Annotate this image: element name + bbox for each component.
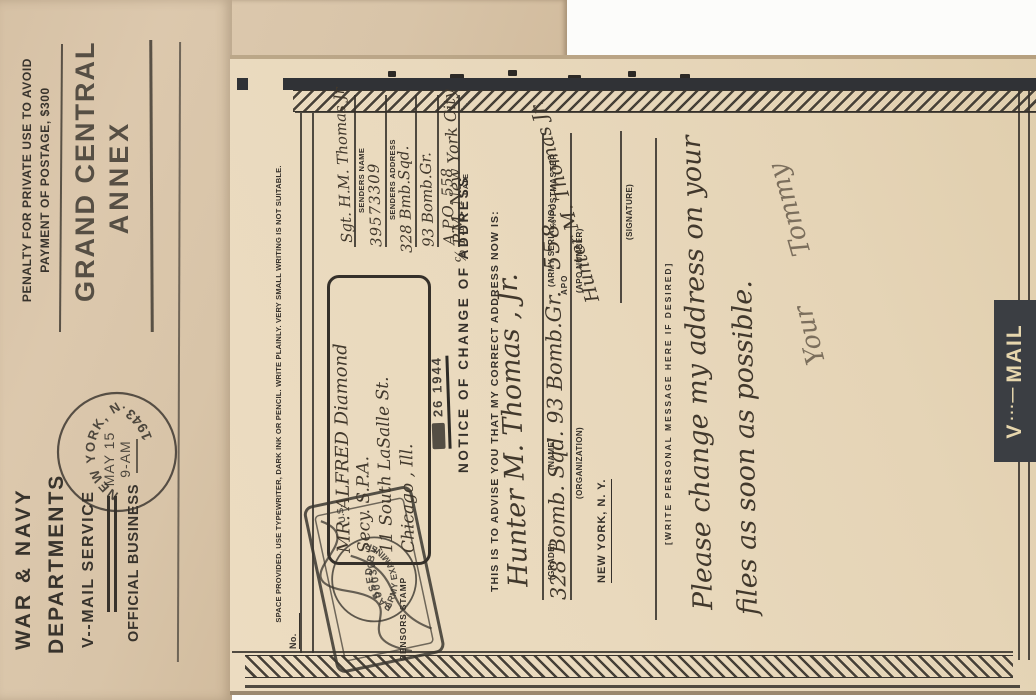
signature-label: (SIGNATURE) [625, 184, 634, 240]
closing-scrawl-word2: Tommy [762, 160, 817, 260]
vmail-logo-morse-icon: ···— [1004, 387, 1021, 421]
form-number-label: No. [288, 613, 300, 649]
frame-rule-top-a [300, 113, 302, 653]
received-date-stamp: 26 1944 [428, 356, 451, 450]
recipient-line-4: Chicago , Ill. [397, 443, 419, 553]
closing-scrawl-word1: Your [788, 303, 832, 368]
sender-address-1: 328 Bmb.Sqd. [394, 145, 416, 253]
envelope-rule-top [59, 44, 63, 332]
sender-rule-1 [354, 95, 356, 247]
form-title: NOTICE OF CHANGE OF ADDRESS [456, 175, 471, 473]
penalty-line-2: PAYMENT OF POSTAGE, $300 [38, 48, 52, 312]
sender-serial-value: 39573309 [365, 162, 386, 247]
station-line-2: ANNEX [104, 52, 135, 302]
border-bar-right [283, 78, 1036, 90]
envelope-rule-mid [149, 40, 153, 332]
station-line-1: GRAND CENTRAL [70, 52, 101, 302]
message-line-2: files as soon as possible. [727, 280, 764, 615]
vmail-form: SPACE PROVIDED. USE TYPEWRITER, DARK INK… [230, 55, 1036, 695]
recipient-line-1: MR. ALFRED Diamond [330, 343, 355, 553]
postmark-date: MAY 15 [101, 432, 117, 487]
dept-line-1: WAR & NAVY [12, 472, 36, 650]
border-bar-piece [237, 78, 248, 90]
sender-rule-2 [385, 95, 387, 247]
sender-address-2: 93 Bomb.Gr. [416, 152, 437, 247]
postmark-stamp: NEW YORK, N.Y. MAY 15 9-AM 1943 [52, 387, 182, 517]
penalty-line-1: PENALTY FOR PRIVATE USE TO AVOID [20, 48, 34, 312]
envelope-face: PENALTY FOR PRIVATE USE TO AVOID PAYMENT… [0, 0, 232, 700]
signature-rule [620, 131, 622, 303]
censor-stamp-label: CENSORS STAMP [398, 577, 408, 661]
received-stamp-date: 26 1944 [428, 356, 445, 417]
hatch-band-right [293, 90, 1036, 112]
tear-mark [388, 71, 396, 77]
tear-mark [628, 71, 636, 77]
postmark-time: 9-AM [117, 440, 133, 477]
city-print: NEW YORK, N. Y. [596, 479, 612, 583]
message-line-1: Please change my address on your [676, 135, 719, 610]
vmail-logo-v: V [1003, 423, 1027, 439]
form-instructions: SPACE PROVIDED. USE TYPEWRITER, DARK INK… [274, 148, 283, 640]
paper-edge-top [230, 55, 1036, 59]
censor-number: 00030 [365, 559, 385, 599]
message-area-label: [WRITE PERSONAL MESSAGE HERE IF DESIRED] [663, 262, 673, 545]
stamp-smudge [432, 423, 446, 449]
frame-rule-right [295, 112, 1036, 114]
apo-print: APO [560, 275, 569, 295]
tear-mark [508, 70, 517, 76]
vmail-logo: V ···— MAIL [994, 300, 1036, 462]
message-separator-rule [655, 138, 657, 620]
envelope-rule-long [177, 42, 181, 662]
recipient-line-2: Secy. S.P.A. [353, 456, 375, 553]
edge-rule-left [245, 686, 1020, 689]
organization-label: (ORGANIZATION) [575, 427, 584, 499]
paper-edge-bottom [230, 691, 1036, 695]
vmail-logo-mail: MAIL [1003, 323, 1027, 382]
line2-handwriting: 328 Bomb. Sqd. 93 Bomb.Gr. [541, 291, 570, 600]
vmail-envelope-scan: PENALTY FOR PRIVATE USE TO AVOID PAYMENT… [0, 0, 1036, 700]
